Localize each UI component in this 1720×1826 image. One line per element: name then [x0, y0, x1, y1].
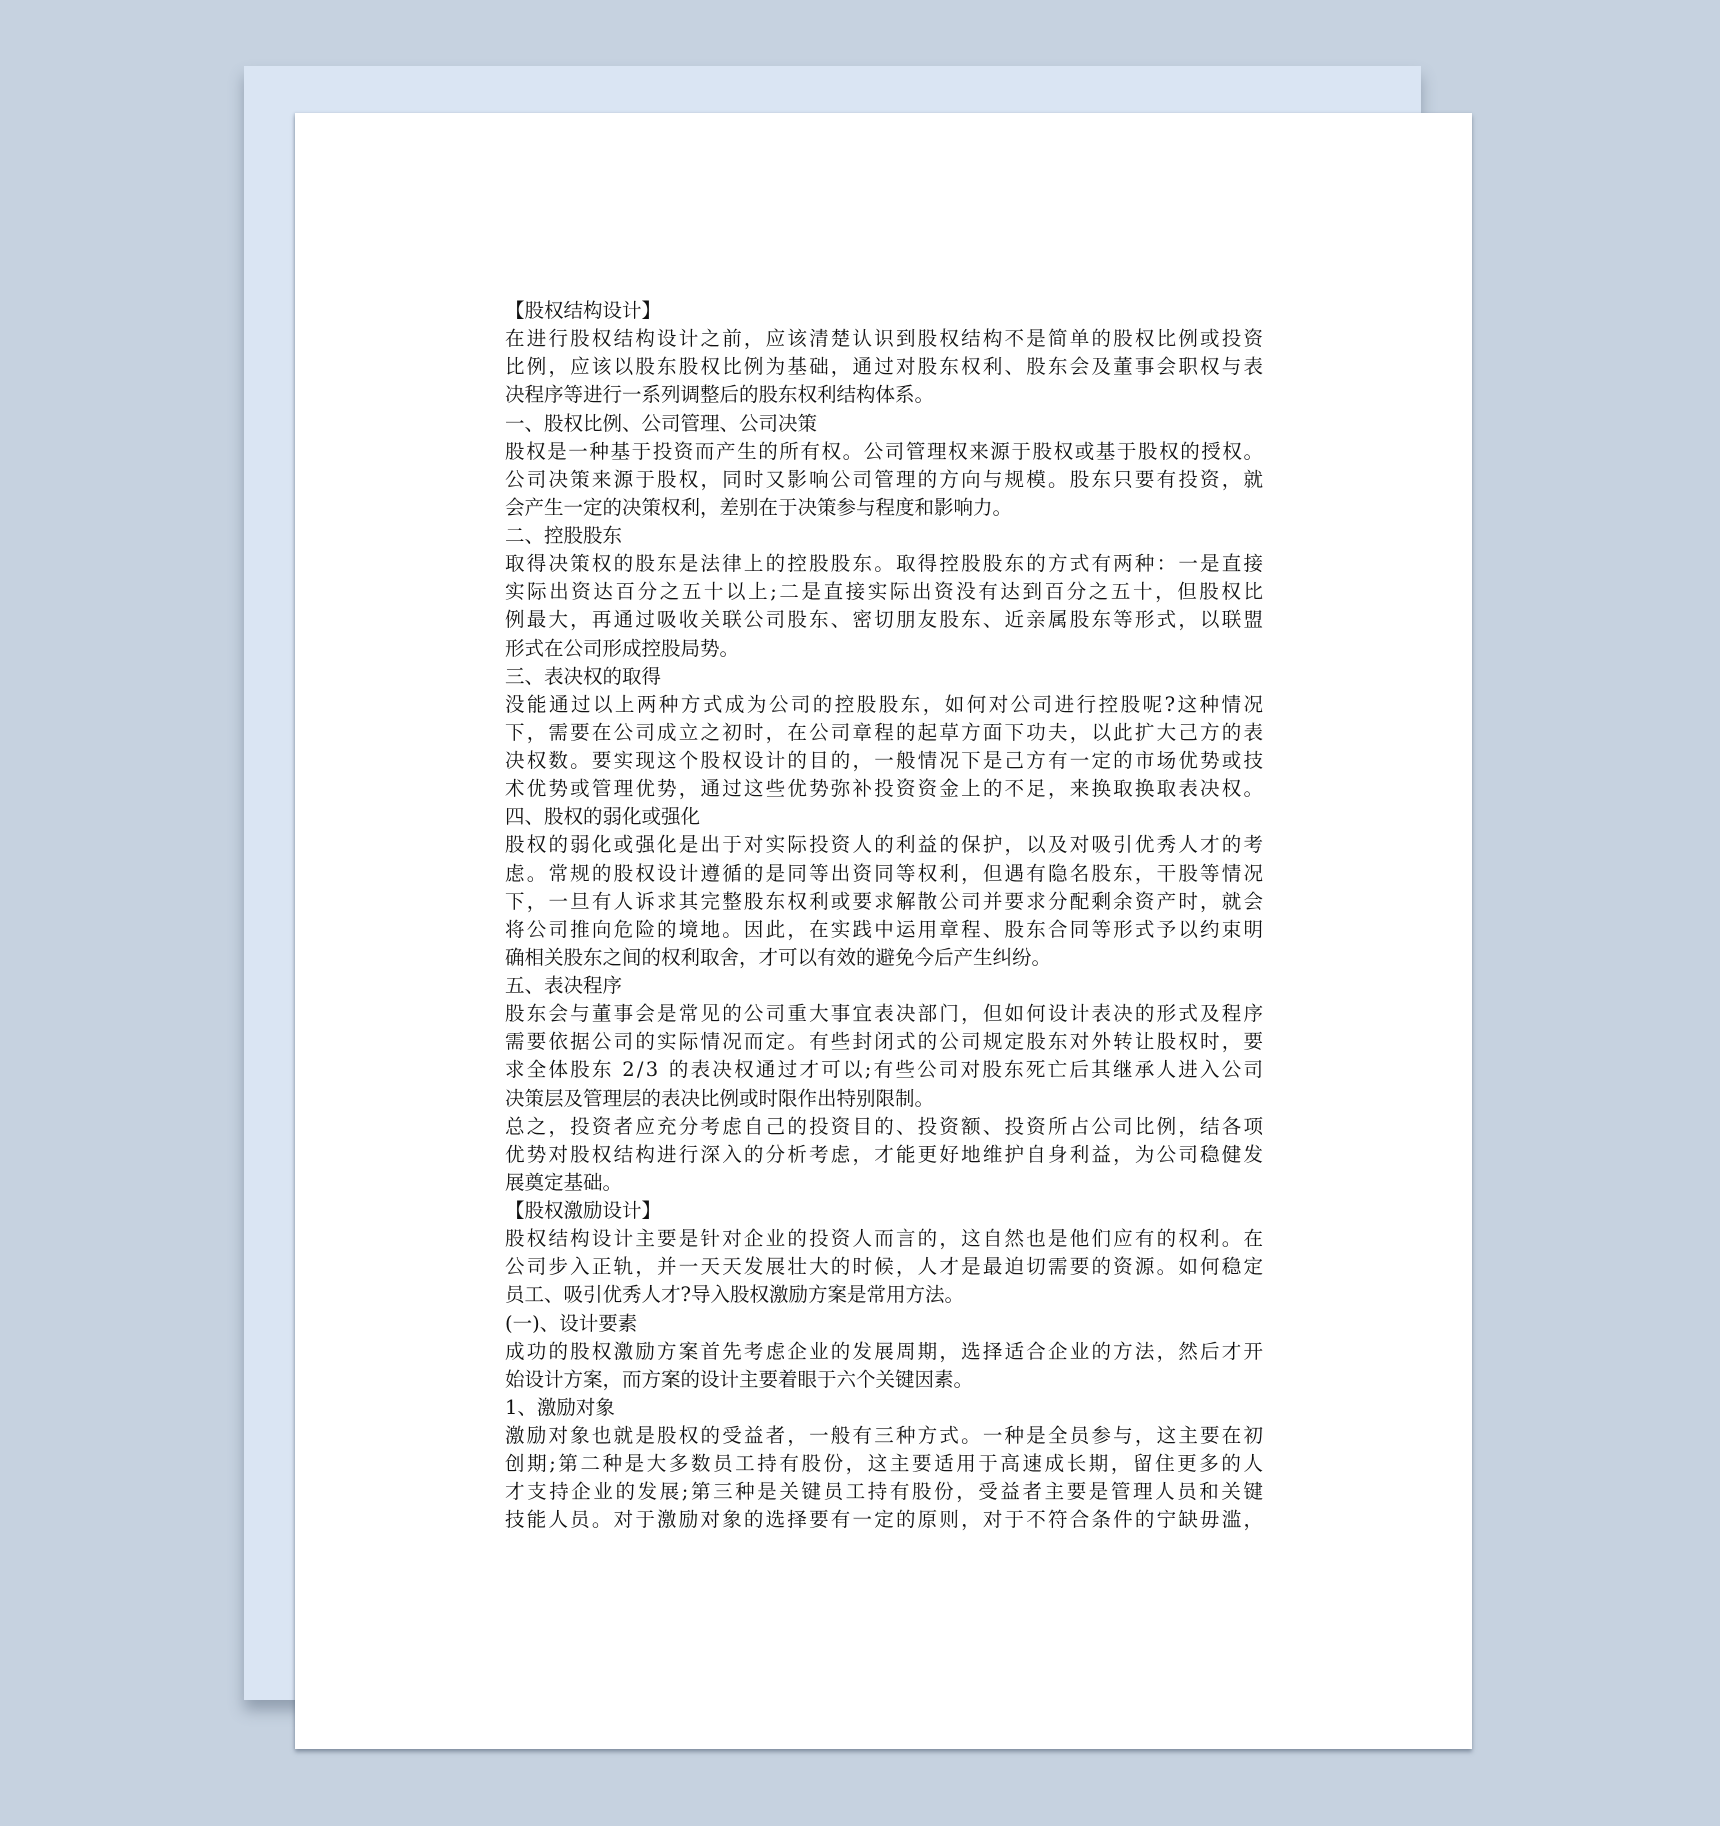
- paragraph-line: 股权是一种基于投资而产生的所有权。公司管理权来源于股权或基于股权的授权。: [505, 438, 1263, 466]
- subheading-design-elements: (一)、设计要素: [505, 1310, 1263, 1338]
- paragraph-line: 形式在公司形成控股局势。: [505, 635, 1263, 663]
- section-heading-equity-incentive: 【股权激励设计】: [505, 1197, 1263, 1225]
- document-body: 【股权结构设计】 在进行股权结构设计之前，应该清楚认识到股权结构不是简单的股权比…: [505, 297, 1263, 1535]
- paragraph-line: 实际出资达百分之五十以上;二是直接实际出资没有达到百分之五十，但股权比: [505, 578, 1263, 606]
- paragraph-line: 确相关股东之间的权利取舍，才可以有效的避免今后产生纠纷。: [505, 944, 1263, 972]
- paragraph-line: 决程序等进行一系列调整后的股东权利结构体系。: [505, 381, 1263, 409]
- paragraph-line: 决权数。要实现这个股权设计的目的，一般情况下是己方有一定的市场优势或技: [505, 747, 1263, 775]
- paragraph-line: 总之，投资者应充分考虑自己的投资目的、投资额、投资所占公司比例，结各项: [505, 1113, 1263, 1141]
- subheading-controlling-shareholder: 二、控股股东: [505, 522, 1263, 550]
- paragraph-line: 术优势或管理优势，通过这些优势弥补投资资金上的不足，来换取换取表决权。: [505, 775, 1263, 803]
- subheading-incentive-targets: 1、激励对象: [505, 1394, 1263, 1422]
- subheading-ratio-management-decision: 一、股权比例、公司管理、公司决策: [505, 410, 1263, 438]
- paragraph-line: 下，需要在公司成立之初时，在公司章程的起草方面下功夫，以此扩大己方的表: [505, 719, 1263, 747]
- paragraph-line: 求全体股东 2/3 的表决权通过才可以;有些公司对股东死亡后其继承人进入公司: [505, 1056, 1263, 1084]
- paragraph-line: 公司步入正轨，并一天天发展壮大的时候，人才是最迫切需要的资源。如何稳定: [505, 1253, 1263, 1281]
- paragraph-line: 股权的弱化或强化是出于对实际投资人的利益的保护，以及对吸引优秀人才的考: [505, 831, 1263, 859]
- paragraph-line: 比例，应该以股东股权比例为基础，通过对股东权利、股东会及董事会职权与表: [505, 353, 1263, 381]
- paragraph-line: 在进行股权结构设计之前，应该清楚认识到股权结构不是简单的股权比例或投资: [505, 325, 1263, 353]
- subheading-voting-procedure: 五、表决程序: [505, 972, 1263, 1000]
- paragraph-line: 将公司推向危险的境地。因此，在实践中运用章程、股东合同等形式予以约束明: [505, 916, 1263, 944]
- paragraph-line: 展奠定基础。: [505, 1169, 1263, 1197]
- paragraph-line: 优势对股权结构进行深入的分析考虑，才能更好地维护自身利益，为公司稳健发: [505, 1141, 1263, 1169]
- paragraph-line: 股权结构设计主要是针对企业的投资人而言的，这自然也是他们应有的权利。在: [505, 1225, 1263, 1253]
- paragraph-line: 会产生一定的决策权利，差别在于决策参与程度和影响力。: [505, 494, 1263, 522]
- paragraph-line: 成功的股权激励方案首先考虑企业的发展周期，选择适合企业的方法，然后才开: [505, 1338, 1263, 1366]
- paragraph-line: 虑。常规的股权设计遵循的是同等出资同等权利，但遇有隐名股东，干股等情况: [505, 860, 1263, 888]
- section-heading-equity-structure: 【股权结构设计】: [505, 297, 1263, 325]
- paragraph-line: 决策层及管理层的表决比例或时限作出特别限制。: [505, 1085, 1263, 1113]
- paragraph-line: 公司决策来源于股权，同时又影响公司管理的方向与规模。股东只要有投资，就: [505, 466, 1263, 494]
- paragraph-line: 股东会与董事会是常见的公司重大事宜表决部门，但如何设计表决的形式及程序: [505, 1000, 1263, 1028]
- paragraph-line: 例最大，再通过吸收关联公司股东、密切朋友股东、近亲属股东等形式，以联盟: [505, 606, 1263, 634]
- paragraph-line: 始设计方案，而方案的设计主要着眼于六个关键因素。: [505, 1366, 1263, 1394]
- subheading-voting-rights: 三、表决权的取得: [505, 663, 1263, 691]
- paragraph-line: 才支持企业的发展;第三种是关键员工持有股份，受益者主要是管理人员和关键: [505, 1478, 1263, 1506]
- paragraph-line: 没能通过以上两种方式成为公司的控股股东，如何对公司进行控股呢?这种情况: [505, 691, 1263, 719]
- paragraph-line: 取得决策权的股东是法律上的控股股东。取得控股股东的方式有两种：一是直接: [505, 550, 1263, 578]
- paragraph-line: 技能人员。对于激励对象的选择要有一定的原则，对于不符合条件的宁缺毋滥，: [505, 1506, 1263, 1534]
- paragraph-line: 下，一旦有人诉求其完整股东权利或要求解散公司并要求分配剩余资产时，就会: [505, 888, 1263, 916]
- subheading-weaken-strengthen: 四、股权的弱化或强化: [505, 803, 1263, 831]
- paragraph-line: 员工、吸引优秀人才?导入股权激励方案是常用方法。: [505, 1281, 1263, 1309]
- paragraph-line: 创期;第二种是大多数员工持有股份，这主要适用于高速成长期，留住更多的人: [505, 1450, 1263, 1478]
- paragraph-line: 激励对象也就是股权的受益者，一般有三种方式。一种是全员参与，这主要在初: [505, 1422, 1263, 1450]
- paragraph-line: 需要依据公司的实际情况而定。有些封闭式的公司规定股东对外转让股权时，要: [505, 1028, 1263, 1056]
